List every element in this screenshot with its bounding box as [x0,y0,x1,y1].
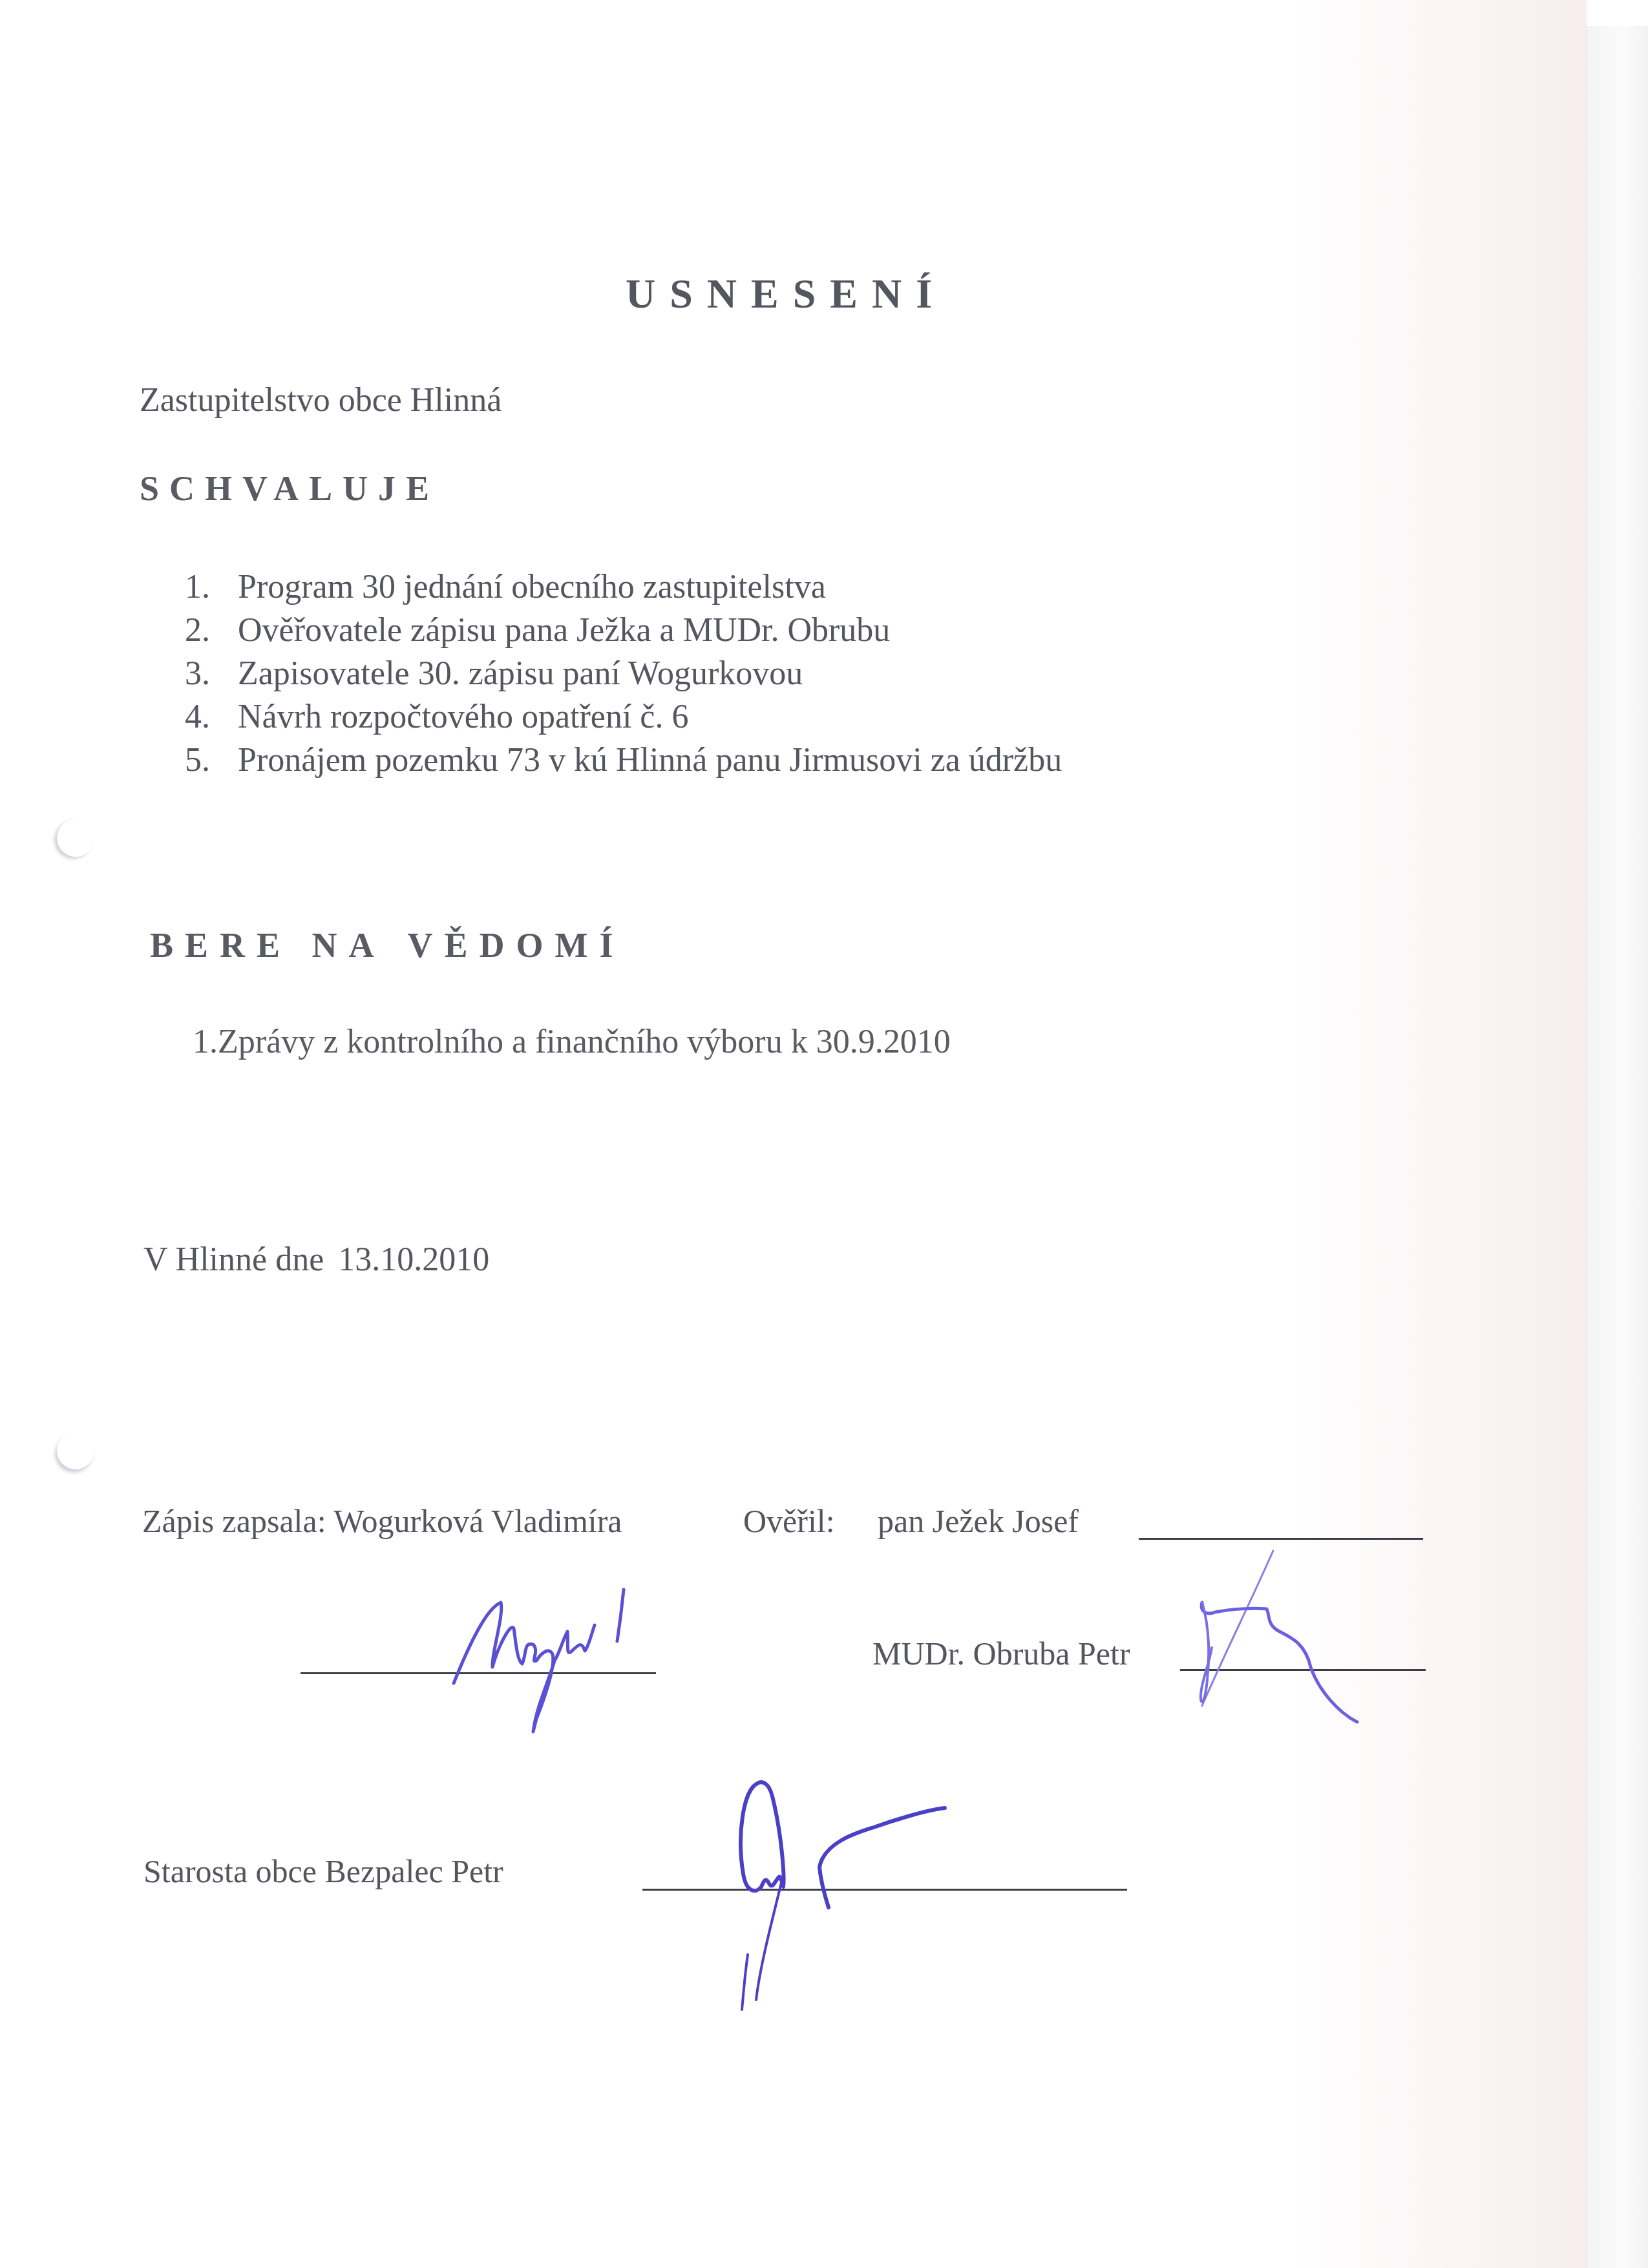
signature-stroke [1202,1551,1273,1706]
scan-shading [1293,0,1587,2268]
signature-stroke [819,1808,945,1907]
signature-stroke [1201,1602,1357,1722]
item-number: 3. [185,652,238,695]
verifier2-signature [1073,1551,1422,1732]
signature-stroke [756,1880,782,2000]
issuing-body: Zastupitelstvo obce Hlinná [140,381,502,419]
item-number: 4. [185,695,238,739]
item-text: Návrh rozpočtového opatření č. 6 [238,698,688,735]
section-heading-approves: SCHVALUJE [140,468,439,509]
list-item: 4.Návrh rozpočtového opatření č. 6 [185,695,1062,739]
item-number: 2. [185,609,238,652]
item-text: Zapisovatele 30. zápisu paní Wogurkovou [238,655,803,692]
punch-hole-bottom [57,1432,94,1469]
scan-page-edge [1587,26,1648,2268]
verifier1-name: pan Ježek Josef [878,1502,1079,1540]
signature-line-verifier1 [1139,1538,1423,1540]
item-text: Program 30 jednání obecního zastupitelst… [238,569,826,605]
signature-stroke [454,1602,595,1732]
mayor-signature [704,1738,1015,1997]
list-item: 1.Program 30 jednání obecního zastupitel… [185,565,1062,609]
acknowledged-item: 1.Zprávy z kontrolního a finančního výbo… [193,1023,951,1061]
list-item: 3.Zapisovatele 30. zápisu paní Wogurkovo… [185,652,1062,695]
verified-label: Ověřil: [743,1502,835,1540]
punch-hole-top [57,819,94,857]
heading-part: VĚDOMÍ [408,926,625,965]
item-number: 5. [185,739,238,782]
place-and-date: V Hlinné dne13.10.2010 [143,1241,489,1279]
recorder-signature [452,1590,666,1745]
recorder-name: Zápis zapsala: Wogurková Vladimíra [142,1502,622,1540]
signature-stroke [617,1590,624,1641]
item-text: Ověřovatele zápisu pana Ježka a MUDr. Ob… [238,612,890,649]
section-heading-acknowledges: BERE NAVĚDOMÍ [150,925,625,965]
list-item: 5.Pronájem pozemku 73 v kú Hlinná panu J… [185,739,1062,782]
heading-part: BERE NA [150,926,386,965]
list-item: 2.Ověřovatele zápisu pana Ježka a MUDr. … [185,609,1062,652]
approved-items-list: 1.Program 30 jednání obecního zastupitel… [185,565,1062,782]
document-title: USNESENÍ [626,270,946,318]
item-text: Pronájem pozemku 73 v kú Hlinná panu Jir… [238,742,1062,779]
place-label: V Hlinné dne [143,1241,324,1278]
item-number: 1. [185,565,238,609]
date-value: 13.10.2010 [338,1241,489,1278]
signature-stroke [741,1782,783,1891]
mayor-name: Starosta obce Bezpalec Petr [143,1853,503,1890]
signature-stroke [742,1955,748,2010]
